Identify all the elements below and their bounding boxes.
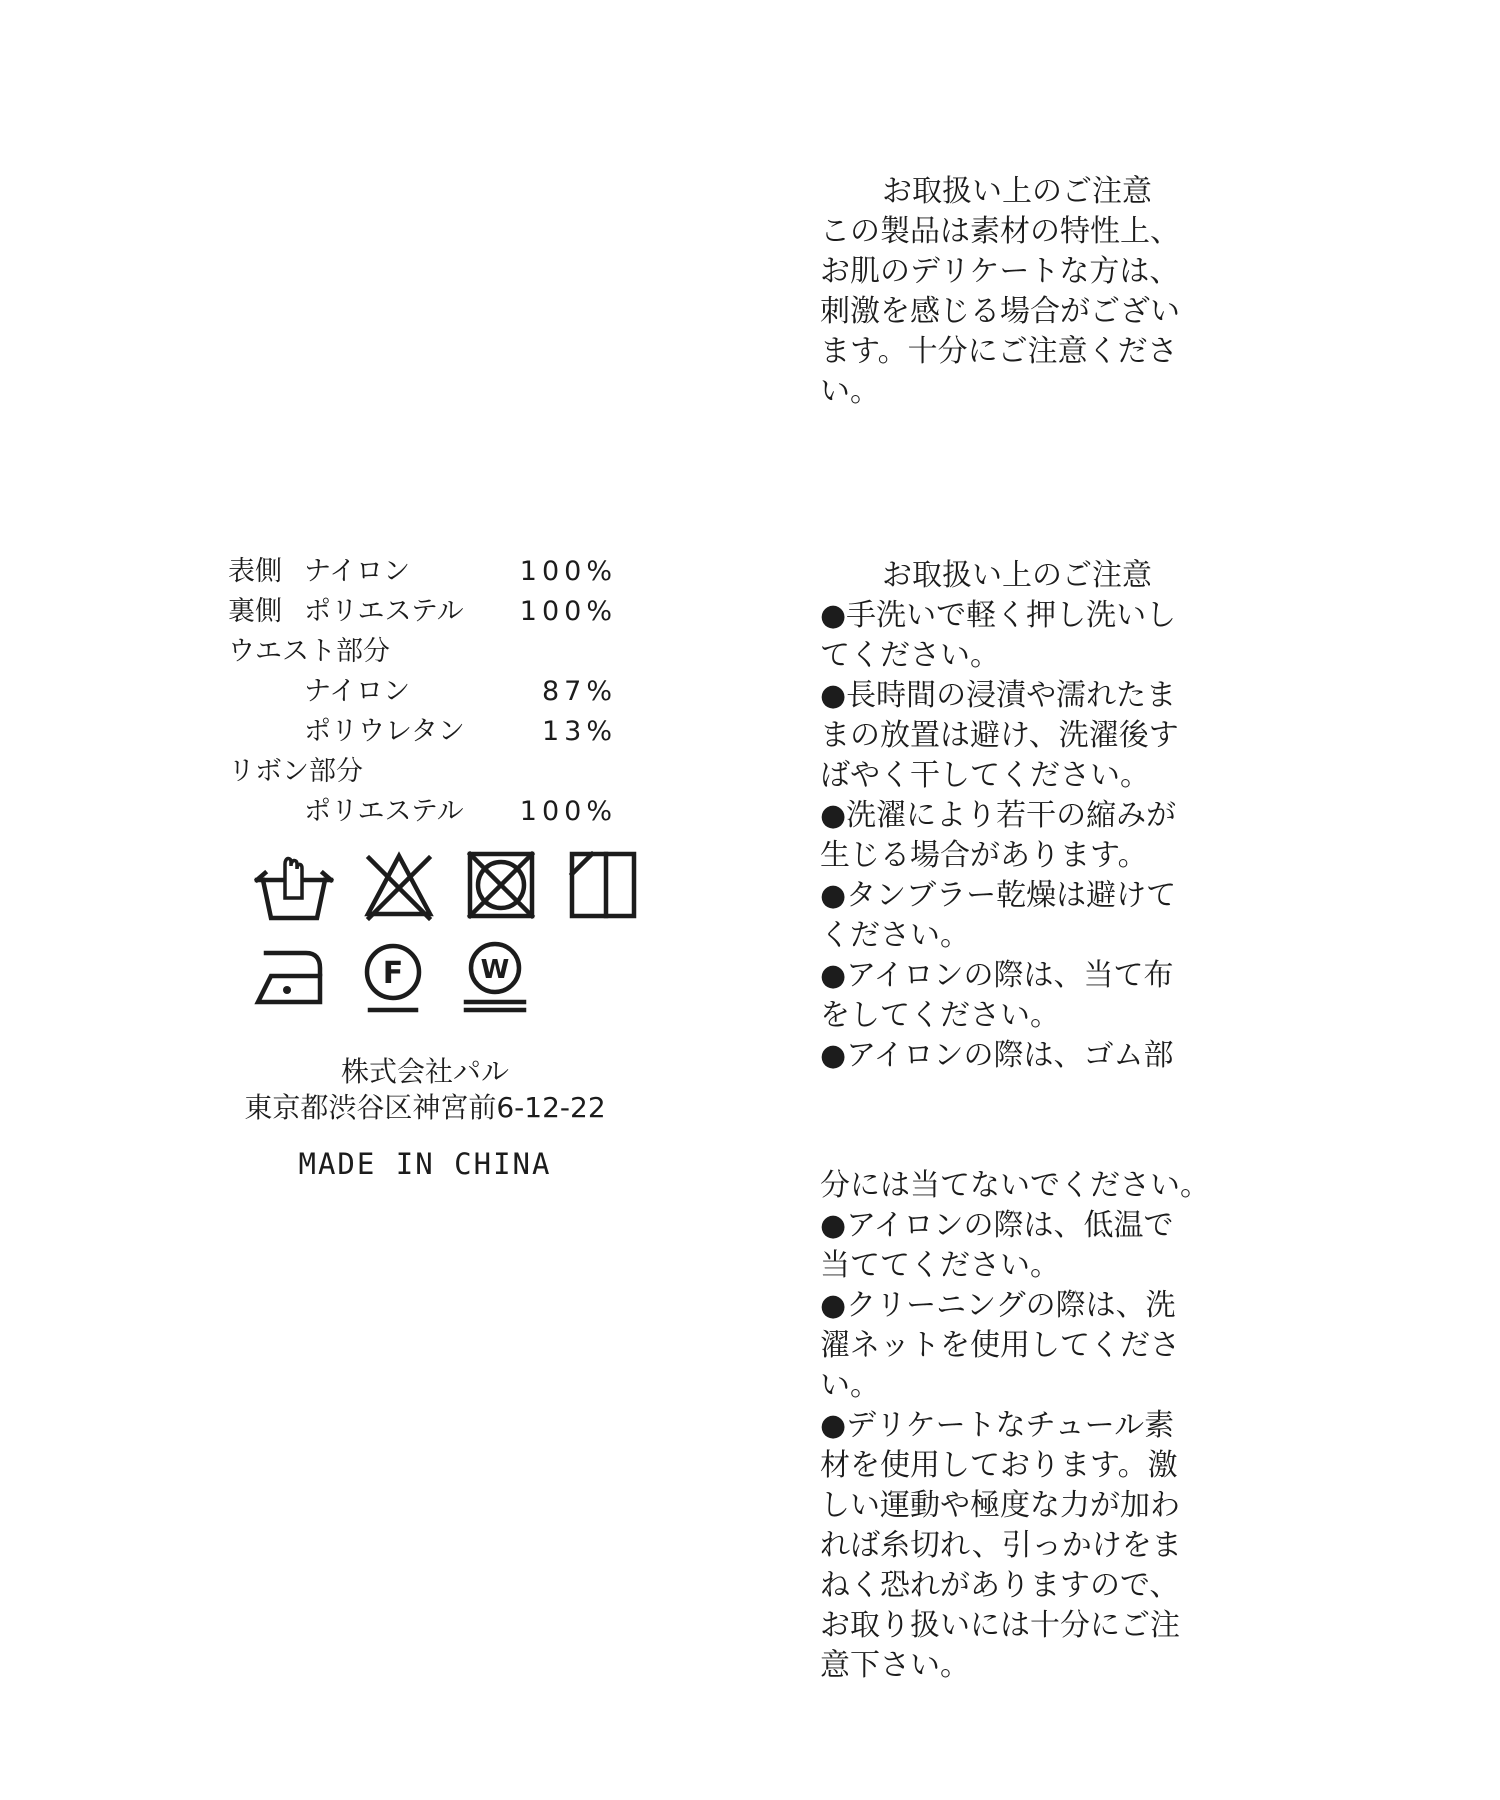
- percent-value: 100%: [497, 552, 617, 592]
- care-title: お取扱い上のご注意: [820, 556, 1210, 596]
- care-line: てください。: [820, 636, 1210, 676]
- notice-line: い。: [820, 372, 1180, 412]
- material-label: [390, 632, 497, 672]
- care-line: 材を使用しております。激: [820, 1446, 1210, 1486]
- care-line: ●長時間の浸漬や濡れたま: [820, 676, 1210, 716]
- care-line: をしてください。: [820, 996, 1210, 1036]
- care-line: ●タンブラー乾燥は避けて: [820, 876, 1210, 916]
- company-name: 株式会社パル: [225, 1054, 625, 1090]
- percent-value: 100%: [497, 792, 617, 832]
- part-label: [228, 712, 304, 752]
- care-line: 濯ネットを使用してくださ: [820, 1326, 1210, 1366]
- care-line: ●アイロンの際は、低温で: [820, 1206, 1210, 1246]
- composition-row: ポリエステル 100%: [228, 792, 612, 832]
- care-line: しい運動や極度な力が加わ: [820, 1486, 1210, 1526]
- wet-clean-letter: W: [481, 955, 510, 985]
- part-label: 表側: [228, 552, 304, 592]
- composition-row: リボン部分: [228, 752, 612, 792]
- care-line: ●洗濯により若干の縮みが: [820, 796, 1210, 836]
- wet-clean-icon: W: [458, 940, 532, 1020]
- care-line: ●アイロンの際は、ゴム部: [820, 1036, 1210, 1076]
- iron-low-heat-icon: [254, 940, 328, 1020]
- composition-row: ナイロン 87%: [228, 672, 612, 712]
- handling-notice-main: お取扱い上のご注意 ●手洗いで軽く押し洗いし てください。 ●長時間の浸漬や濡れ…: [820, 556, 1210, 1686]
- material-label: ポリエステル: [304, 592, 497, 632]
- country-of-origin: MADE IN CHINA: [225, 1146, 625, 1182]
- care-line: お取り扱いには十分にご注: [820, 1606, 1210, 1646]
- part-label: 裏側: [228, 592, 304, 632]
- care-line: い。: [820, 1366, 1210, 1406]
- care-symbols-row-1: [254, 848, 640, 922]
- hand-wash-icon: [254, 848, 334, 922]
- composition-row: 裏側 ポリエステル 100%: [228, 592, 612, 632]
- care-line: ●手洗いで軽く押し洗いし: [820, 596, 1210, 636]
- care-instructions-part2: 分には当てないでください。 ●アイロンの際は、低温で 当ててください。 ●クリー…: [820, 1166, 1210, 1686]
- care-instructions-part1: お取扱い上のご注意 ●手洗いで軽く押し洗いし てください。 ●長時間の浸漬や濡れ…: [820, 556, 1210, 1076]
- do-not-bleach-icon: [362, 848, 436, 922]
- care-line: ●デリケートなチュール素: [820, 1406, 1210, 1446]
- care-line: ねく恐れがありますので、: [820, 1566, 1210, 1606]
- material-label: ポリウレタン: [304, 712, 497, 752]
- part-label: [228, 672, 304, 712]
- percent-value: [497, 632, 617, 672]
- notice-line: お肌のデリケートな方は、: [820, 252, 1180, 292]
- line-dry-in-shade-icon: [566, 848, 640, 922]
- material-label: ポリエステル: [304, 792, 497, 832]
- company-address: 東京都渋谷区神宮前6-12-22: [225, 1090, 625, 1126]
- percent-value: 100%: [497, 592, 617, 632]
- notice-line: 刺激を感じる場合がござい: [820, 292, 1180, 332]
- material-label: ナイロン: [304, 552, 497, 592]
- care-line: まの放置は避け、洗濯後す: [820, 716, 1210, 756]
- notice-title: お取扱い上のご注意: [820, 172, 1180, 212]
- care-line: ください。: [820, 916, 1210, 956]
- dry-clean-petroleum-icon: F: [356, 940, 430, 1020]
- care-line: 意下さい。: [820, 1646, 1210, 1686]
- composition-row: ウエスト部分: [228, 632, 612, 672]
- material-label: ナイロン: [304, 672, 497, 712]
- composition-row: 表側 ナイロン 100%: [228, 552, 612, 592]
- composition-row: ポリウレタン 13%: [228, 712, 612, 752]
- manufacturer-info: 株式会社パル 東京都渋谷区神宮前6-12-22 MADE IN CHINA: [225, 1054, 625, 1182]
- part-label: ウエスト部分: [228, 632, 390, 672]
- handling-notice-top: お取扱い上のご注意 この製品は素材の特性上、 お肌のデリケートな方は、 刺激を感…: [820, 172, 1180, 412]
- care-label-sheet: お取扱い上のご注意 この製品は素材の特性上、 お肌のデリケートな方は、 刺激を感…: [0, 0, 1500, 1800]
- material-label: [363, 752, 497, 792]
- percent-value: 13%: [497, 712, 617, 752]
- part-label: リボン部分: [228, 752, 363, 792]
- notice-line: ます。十分にご注意くださ: [820, 332, 1180, 372]
- notice-line: この製品は素材の特性上、: [820, 212, 1180, 252]
- part-label: [228, 792, 304, 832]
- fabric-composition: 表側 ナイロン 100% 裏側 ポリエステル 100% ウエスト部分 ナイロン …: [228, 552, 612, 832]
- care-line: ばやく干してください。: [820, 756, 1210, 796]
- care-symbols: F W: [254, 848, 640, 1020]
- care-line: ●クリーニングの際は、洗: [820, 1286, 1210, 1326]
- care-line: 分には当てないでください。: [820, 1166, 1210, 1206]
- do-not-tumble-dry-icon: [464, 848, 538, 922]
- percent-value: [497, 752, 617, 792]
- percent-value: 87%: [497, 672, 617, 712]
- dry-clean-letter: F: [383, 956, 404, 991]
- care-line: ●アイロンの際は、当て布: [820, 956, 1210, 996]
- care-line: 生じる場合があります。: [820, 836, 1210, 876]
- care-line: 当ててください。: [820, 1246, 1210, 1286]
- care-line: れば糸切れ、引っかけをま: [820, 1526, 1210, 1566]
- care-symbols-row-2: F W: [254, 940, 640, 1020]
